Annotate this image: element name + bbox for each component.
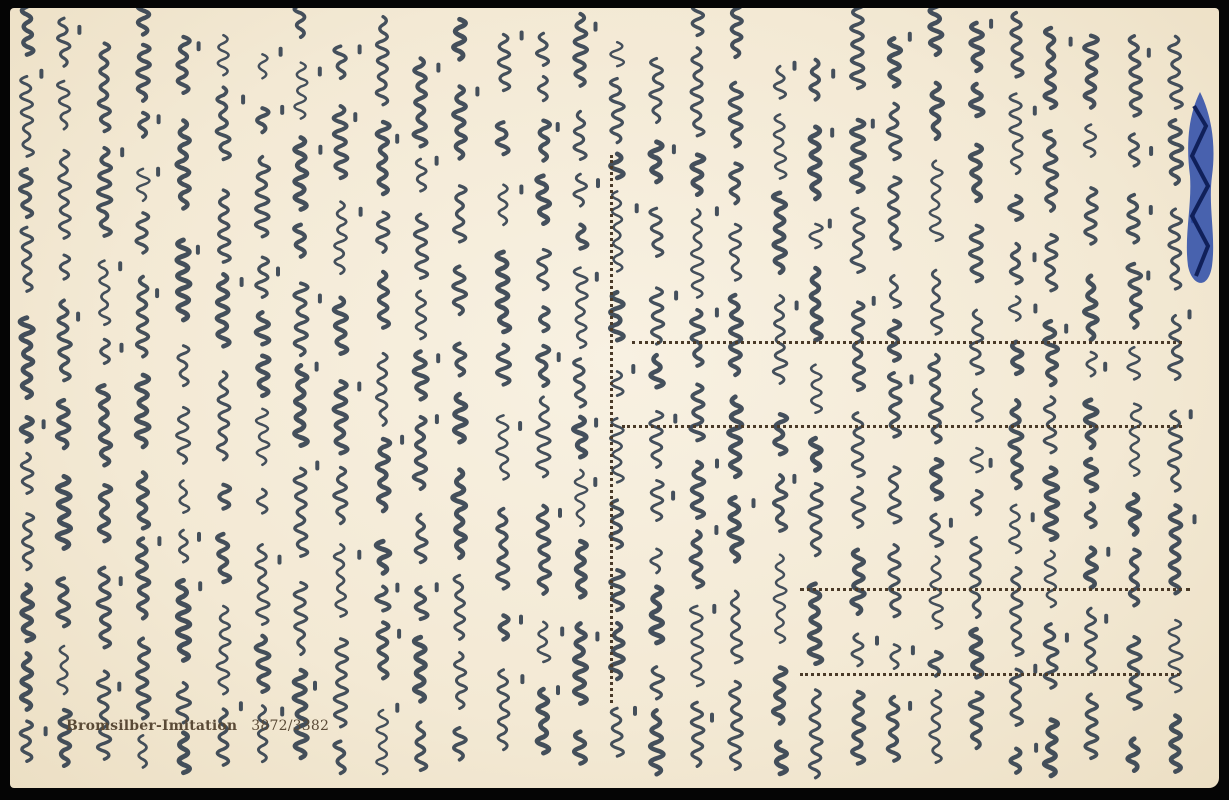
postcard-back: Bromsilber-Imitation3872/3382 German Kur…	[10, 8, 1219, 788]
address-line-1	[632, 341, 1182, 344]
handwriting-meta: German Kurrent (handwritten, rotated 90°…	[10, 8, 11, 9]
address-line-4	[800, 673, 1180, 676]
imprint-label: Bromsilber-Imitation	[66, 718, 237, 734]
handwriting-strokes	[10, 8, 1219, 788]
address-line-2	[622, 425, 1182, 428]
blue-ink-scribble	[1178, 86, 1219, 296]
address-divider	[610, 155, 613, 703]
imprint-number: 3872/3382	[251, 718, 329, 734]
address-line-3	[800, 588, 1190, 591]
publisher-imprint: Bromsilber-Imitation3872/3382	[66, 718, 329, 734]
